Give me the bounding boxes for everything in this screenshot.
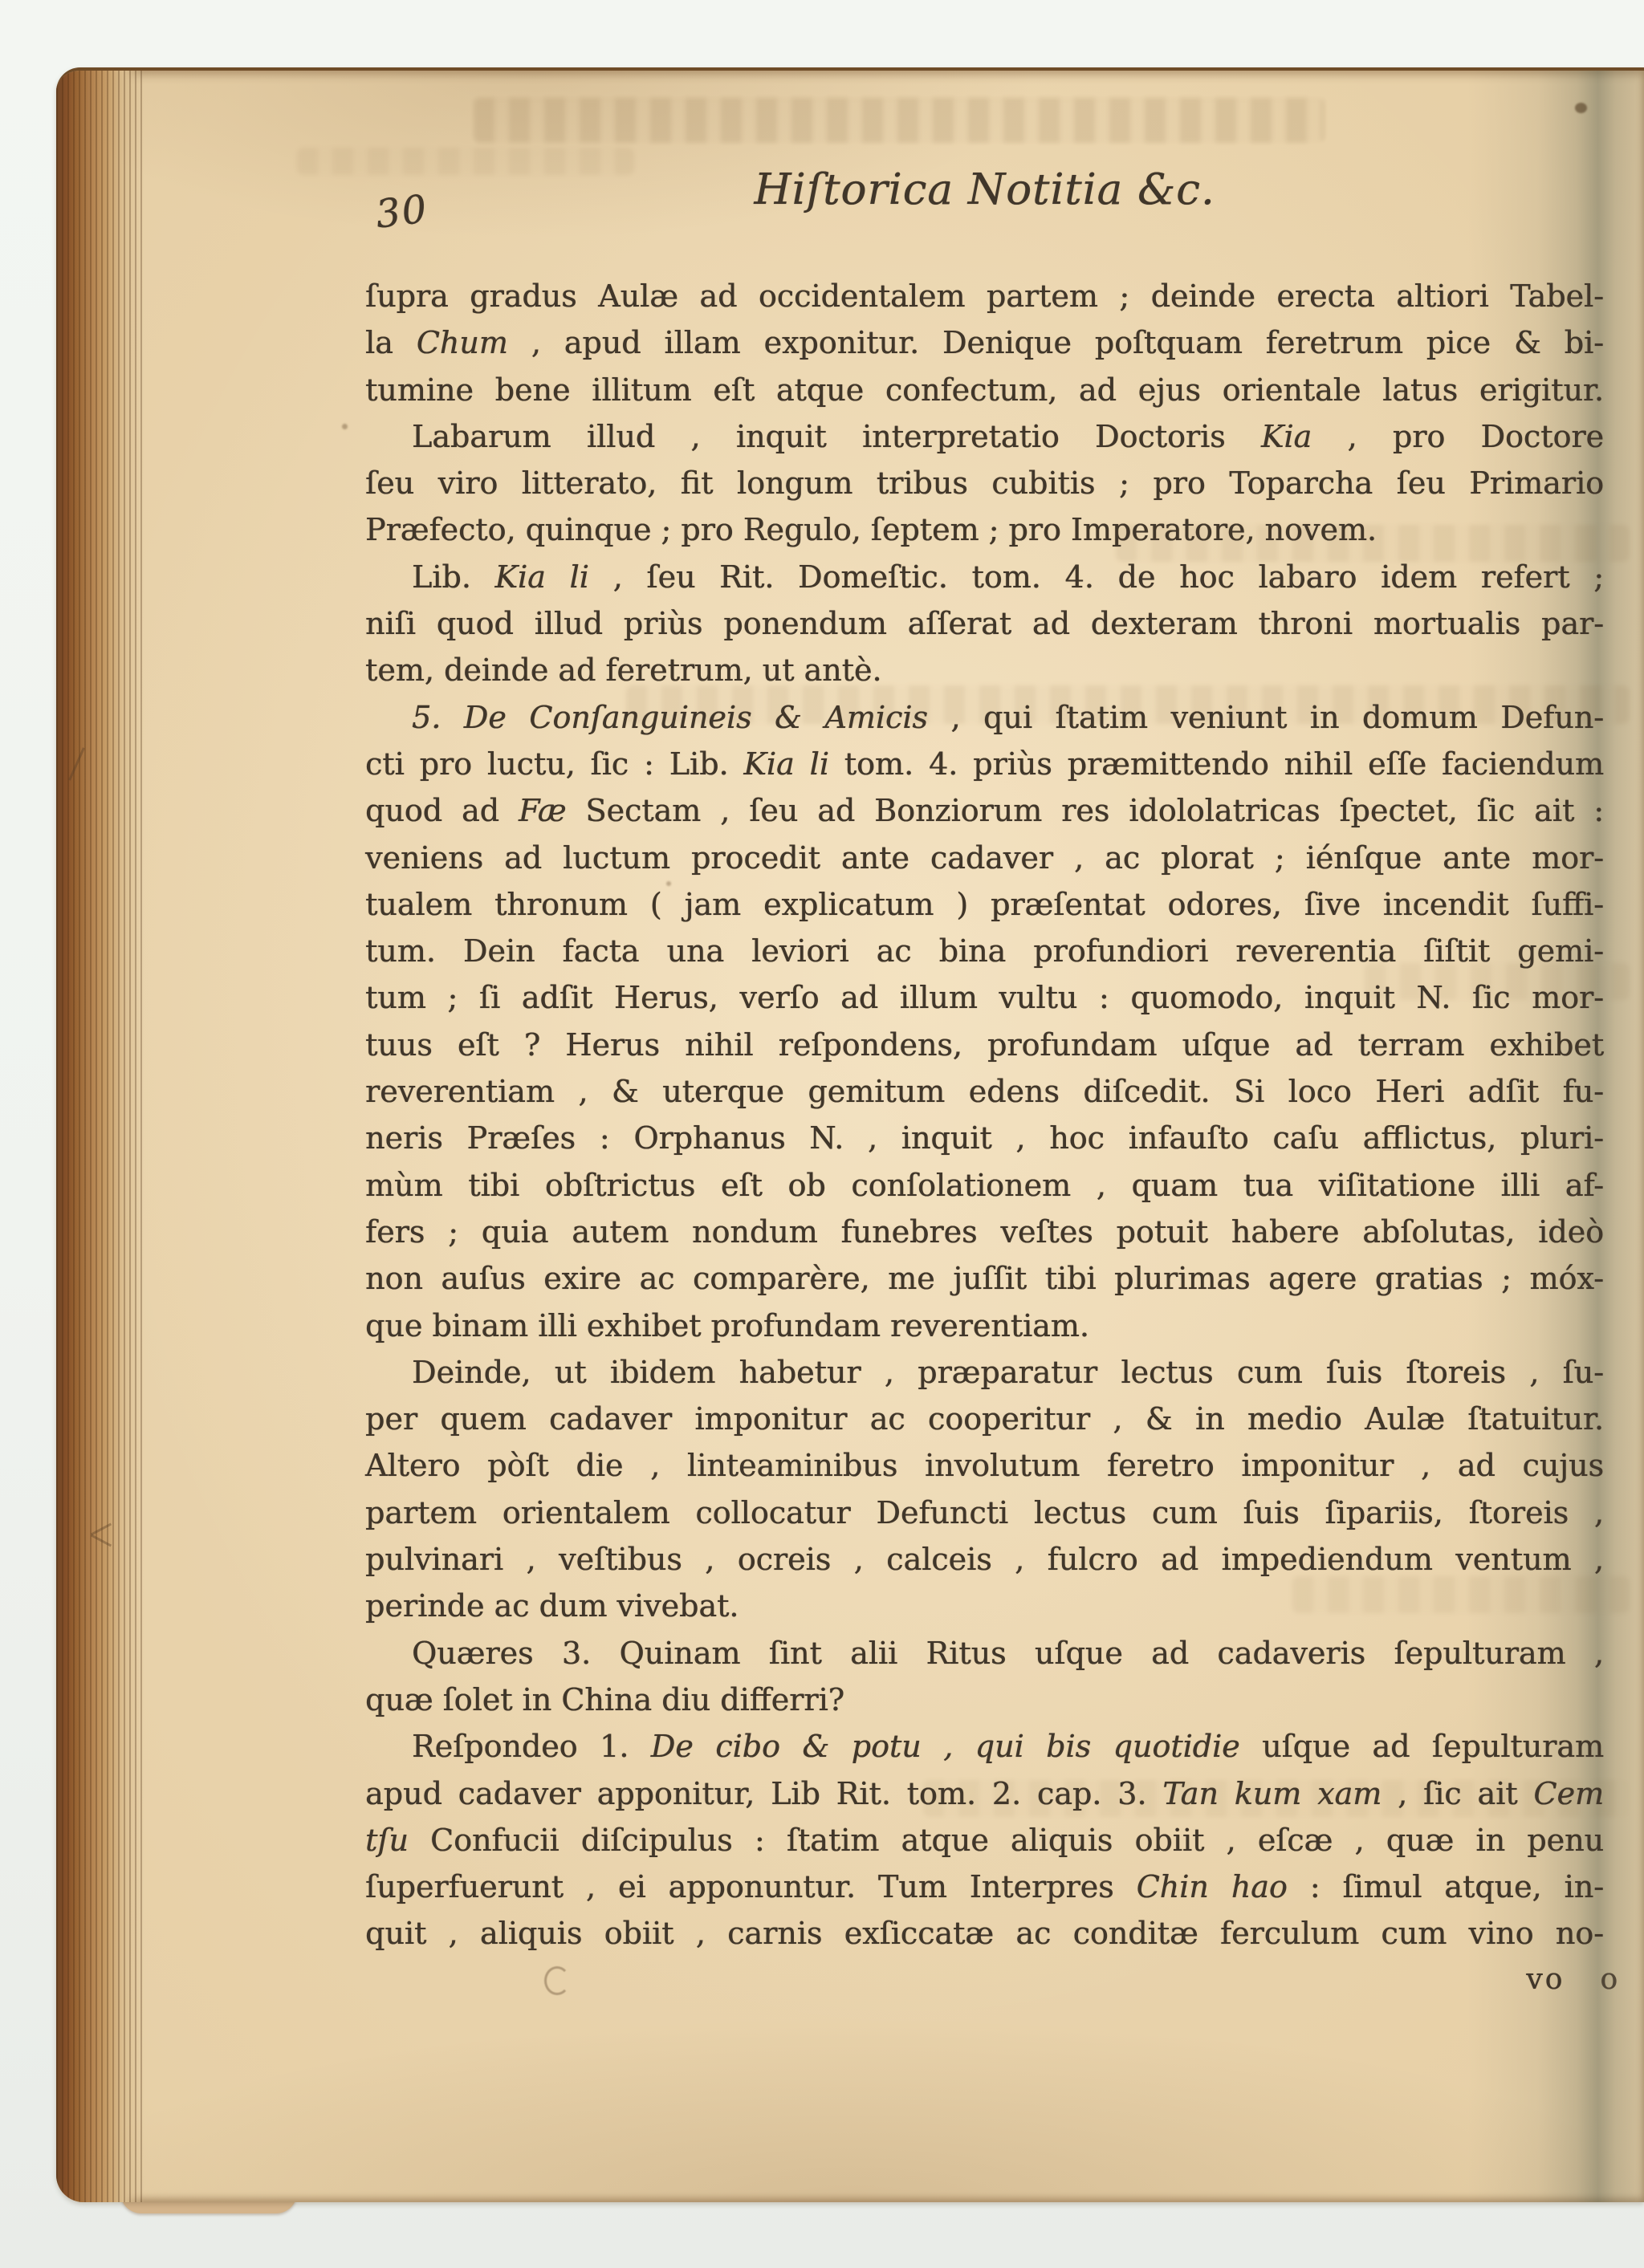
text-line: Lib. Kia li , ſeu Rit. Domeſtic. tom. 4.… [365,554,1604,600]
running-title: Hiſtorica Notitia &c. [365,165,1604,214]
text-line: Deinde, ut ibidem habetur , præparatur l… [365,1349,1604,1396]
book-scan: 30 Hiſtorica Notitia &c. ſupra gradus Au… [0,0,1644,2268]
text-line: mùm tibi obſtrictus eſt ob conſolationem… [365,1162,1604,1209]
text-line: partem orientalem collocatur Defuncti le… [365,1490,1604,1536]
text-line: Labarum illud , inquit interpretatio Doc… [365,413,1604,460]
text-line: quod ad Fæ Sectam , ſeu ad Bonziorum res… [365,787,1604,834]
text-line: Altero pòſt die , linteaminibus involutu… [365,1442,1604,1489]
text-block: ſupra gradus Aulæ ad occidentalem partem… [365,273,1604,1957]
text-line: cti pro luctu, ſic : Lib. Kia li tom. 4.… [365,741,1604,787]
bleedthrough-header [474,98,1325,143]
text-line: non auſus exire ac comparère, me juſſit … [365,1255,1604,1302]
text-line: ſupra gradus Aulæ ad occidentalem partem… [365,273,1604,319]
text-line: per quem cadaver imponitur ac cooperitur… [365,1396,1604,1442]
book-page: 30 Hiſtorica Notitia &c. ſupra gradus Au… [56,67,1644,2202]
text-line: pulvinari , veſtibus , ocreis , calceis … [365,1536,1604,1583]
text-line: ſeu viro litterato, fit longum tribus cu… [365,460,1604,506]
text-line: que binam illi exhibet profundam reveren… [365,1303,1604,1349]
page-fore-edge [56,71,144,2202]
text-line: apud cadaver apponitur, Lib Rit. tom. 2.… [365,1770,1604,1817]
text-line: la Chum , apud illam exponitur. Denique … [365,319,1604,366]
text-line: tſu Confucii diſcipulus : ſtatim atque a… [365,1817,1604,1864]
text-line: veniens ad luctum procedit ante cadaver … [365,835,1604,881]
catchword-row: voo [365,1963,1618,1996]
text-line: tumine bene illitum eſt atque confectum,… [365,367,1604,413]
edge-letter: o [1600,1963,1618,1996]
text-line: quit , aliquis obiit , carnis exſiccatæ … [365,1910,1604,1957]
text-line: Quæres 3. Quinam ſint alii Ritus uſque a… [365,1630,1604,1677]
text-line: Præfecto, quinque ; pro Regulo, ſeptem ;… [365,506,1604,553]
text-line: ſuperfuerunt , ei apponuntur. Tum Interp… [365,1864,1604,1910]
text-line: tum. Dein facta una leviori ac bina prof… [365,928,1604,974]
text-line: quæ ſolet in China diu differri? [365,1677,1604,1723]
text-line: neris Præſes : Orphanus N. , inquit , ho… [365,1115,1604,1161]
text-line: niſi quod illud priùs ponendum aſſerat a… [365,600,1604,647]
margin-mark [90,1523,114,1547]
text-line: tem, deinde ad feretrum, ut antè. [365,647,1604,693]
text-line: tum ; ſi adſit Herus, verſo ad illum vul… [365,974,1604,1021]
text-line: 5. De Conſanguineis & Amicis , qui ſtati… [365,694,1604,741]
text-line: reverentiam , & uterque gemitum edens di… [365,1068,1604,1115]
fox-spot [342,424,348,429]
text-line: tuus eſt ? Herus nihil reſpondens, profu… [365,1022,1604,1068]
text-line: tualem thronum ( jam explicatum ) præſen… [365,881,1604,928]
ink-spot [1575,103,1587,113]
text-line: Reſpondeo 1. De cibo & potu , qui bis qu… [365,1723,1604,1770]
text-line: fers ; quia autem nondum funebres veſtes… [365,1209,1604,1255]
text-line: perinde ac dum vivebat. [365,1583,1604,1629]
catchword: vo [1526,1963,1565,1996]
